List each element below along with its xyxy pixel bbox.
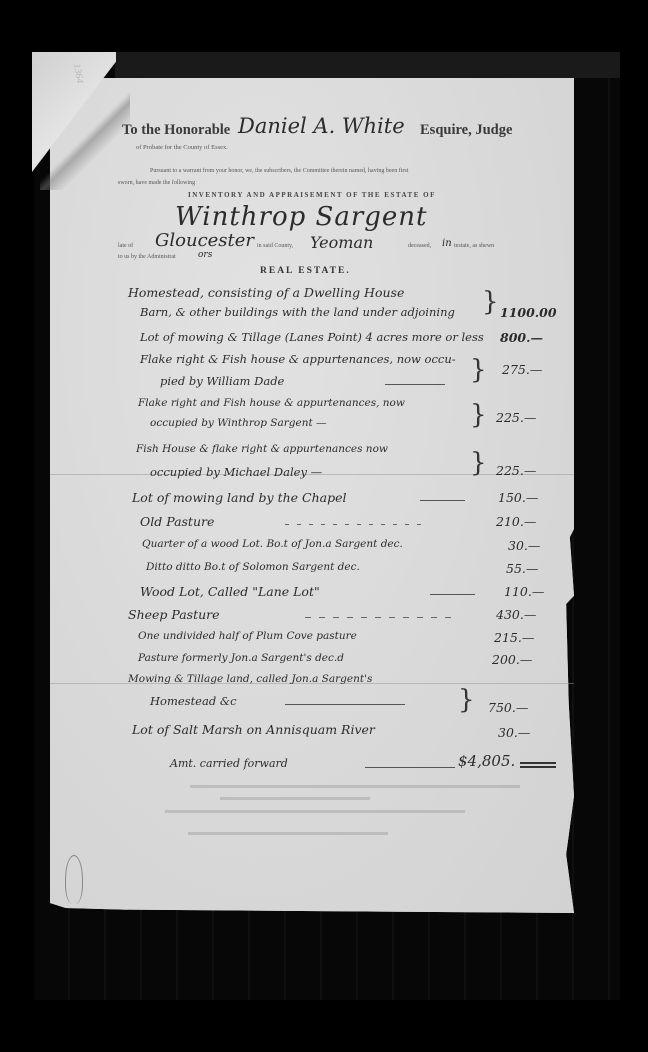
court-line: of Probate for the County of Essex. — [136, 144, 228, 151]
item-value: 215.— — [494, 630, 534, 645]
leader-line — [430, 594, 475, 595]
in-county-label: in said County, — [257, 243, 293, 249]
preamble-line-1: Pursuant to a warrant from your honor, w… — [150, 168, 408, 174]
leader-line — [305, 617, 455, 618]
bleed-through-text — [220, 797, 370, 800]
bleed-through-text — [190, 785, 520, 788]
leader-line — [365, 767, 455, 768]
item-value: 225.— — [496, 463, 536, 478]
preamble-line-2: sworn, have made the following — [118, 180, 195, 186]
item-value: 210.— — [496, 514, 536, 529]
item-value: 430.— — [496, 607, 536, 622]
item-value: 800.— — [500, 330, 543, 345]
leader-line — [285, 704, 405, 705]
double-rule — [520, 766, 556, 768]
item-value: 110.— — [504, 584, 544, 599]
brace: } — [470, 448, 487, 478]
deceased-name: Winthrop Sargent — [175, 202, 427, 232]
salutation-prefix: To the Honorable — [122, 122, 230, 139]
shown-by-suffix: ors — [198, 250, 212, 260]
bleed-through-text — [165, 810, 465, 813]
leader-line — [385, 384, 445, 385]
paper-stain — [65, 855, 83, 904]
double-rule — [520, 762, 556, 764]
section-title: REAL ESTATE. — [260, 266, 351, 276]
item-value: 55.— — [506, 561, 538, 576]
brace: } — [470, 355, 487, 385]
judge-name: Daniel A. White — [238, 114, 405, 138]
item-value: 30.— — [508, 538, 540, 553]
scanner-backing-top — [115, 52, 620, 78]
intestate-prefix: in — [442, 238, 452, 249]
fold-shadow — [40, 60, 130, 190]
salutation-suffix: Esquire, Judge — [420, 122, 512, 139]
brace: } — [470, 400, 487, 430]
brace: } — [482, 287, 499, 317]
total-value: $4,805. — [458, 752, 515, 770]
item-value: 275.— — [502, 362, 542, 377]
bleed-through-text — [188, 832, 388, 835]
shown-by-label: to us by the Administrat — [118, 254, 176, 260]
intestate-suffix: testate, as shewn — [454, 243, 494, 249]
item-value: 750.— — [488, 700, 528, 715]
occupation: Yeoman — [310, 233, 373, 252]
brace: } — [458, 685, 475, 715]
leader-line — [285, 524, 425, 525]
total-label: Amt. carried forward — [170, 757, 288, 770]
late-of-label: late of — [118, 243, 133, 249]
deceased-label: deceased, — [408, 243, 431, 249]
item-value: 150.— — [498, 490, 538, 505]
item-value: 1100.00 — [500, 305, 557, 320]
leader-line — [420, 500, 465, 501]
item-value: 225.— — [496, 410, 536, 425]
item-value: 30.— — [498, 725, 530, 740]
item-value: 200.— — [492, 652, 532, 667]
form-title: INVENTORY AND APPRAISEMENT OF THE ESTATE… — [188, 191, 436, 199]
town: Gloucester — [155, 230, 254, 251]
